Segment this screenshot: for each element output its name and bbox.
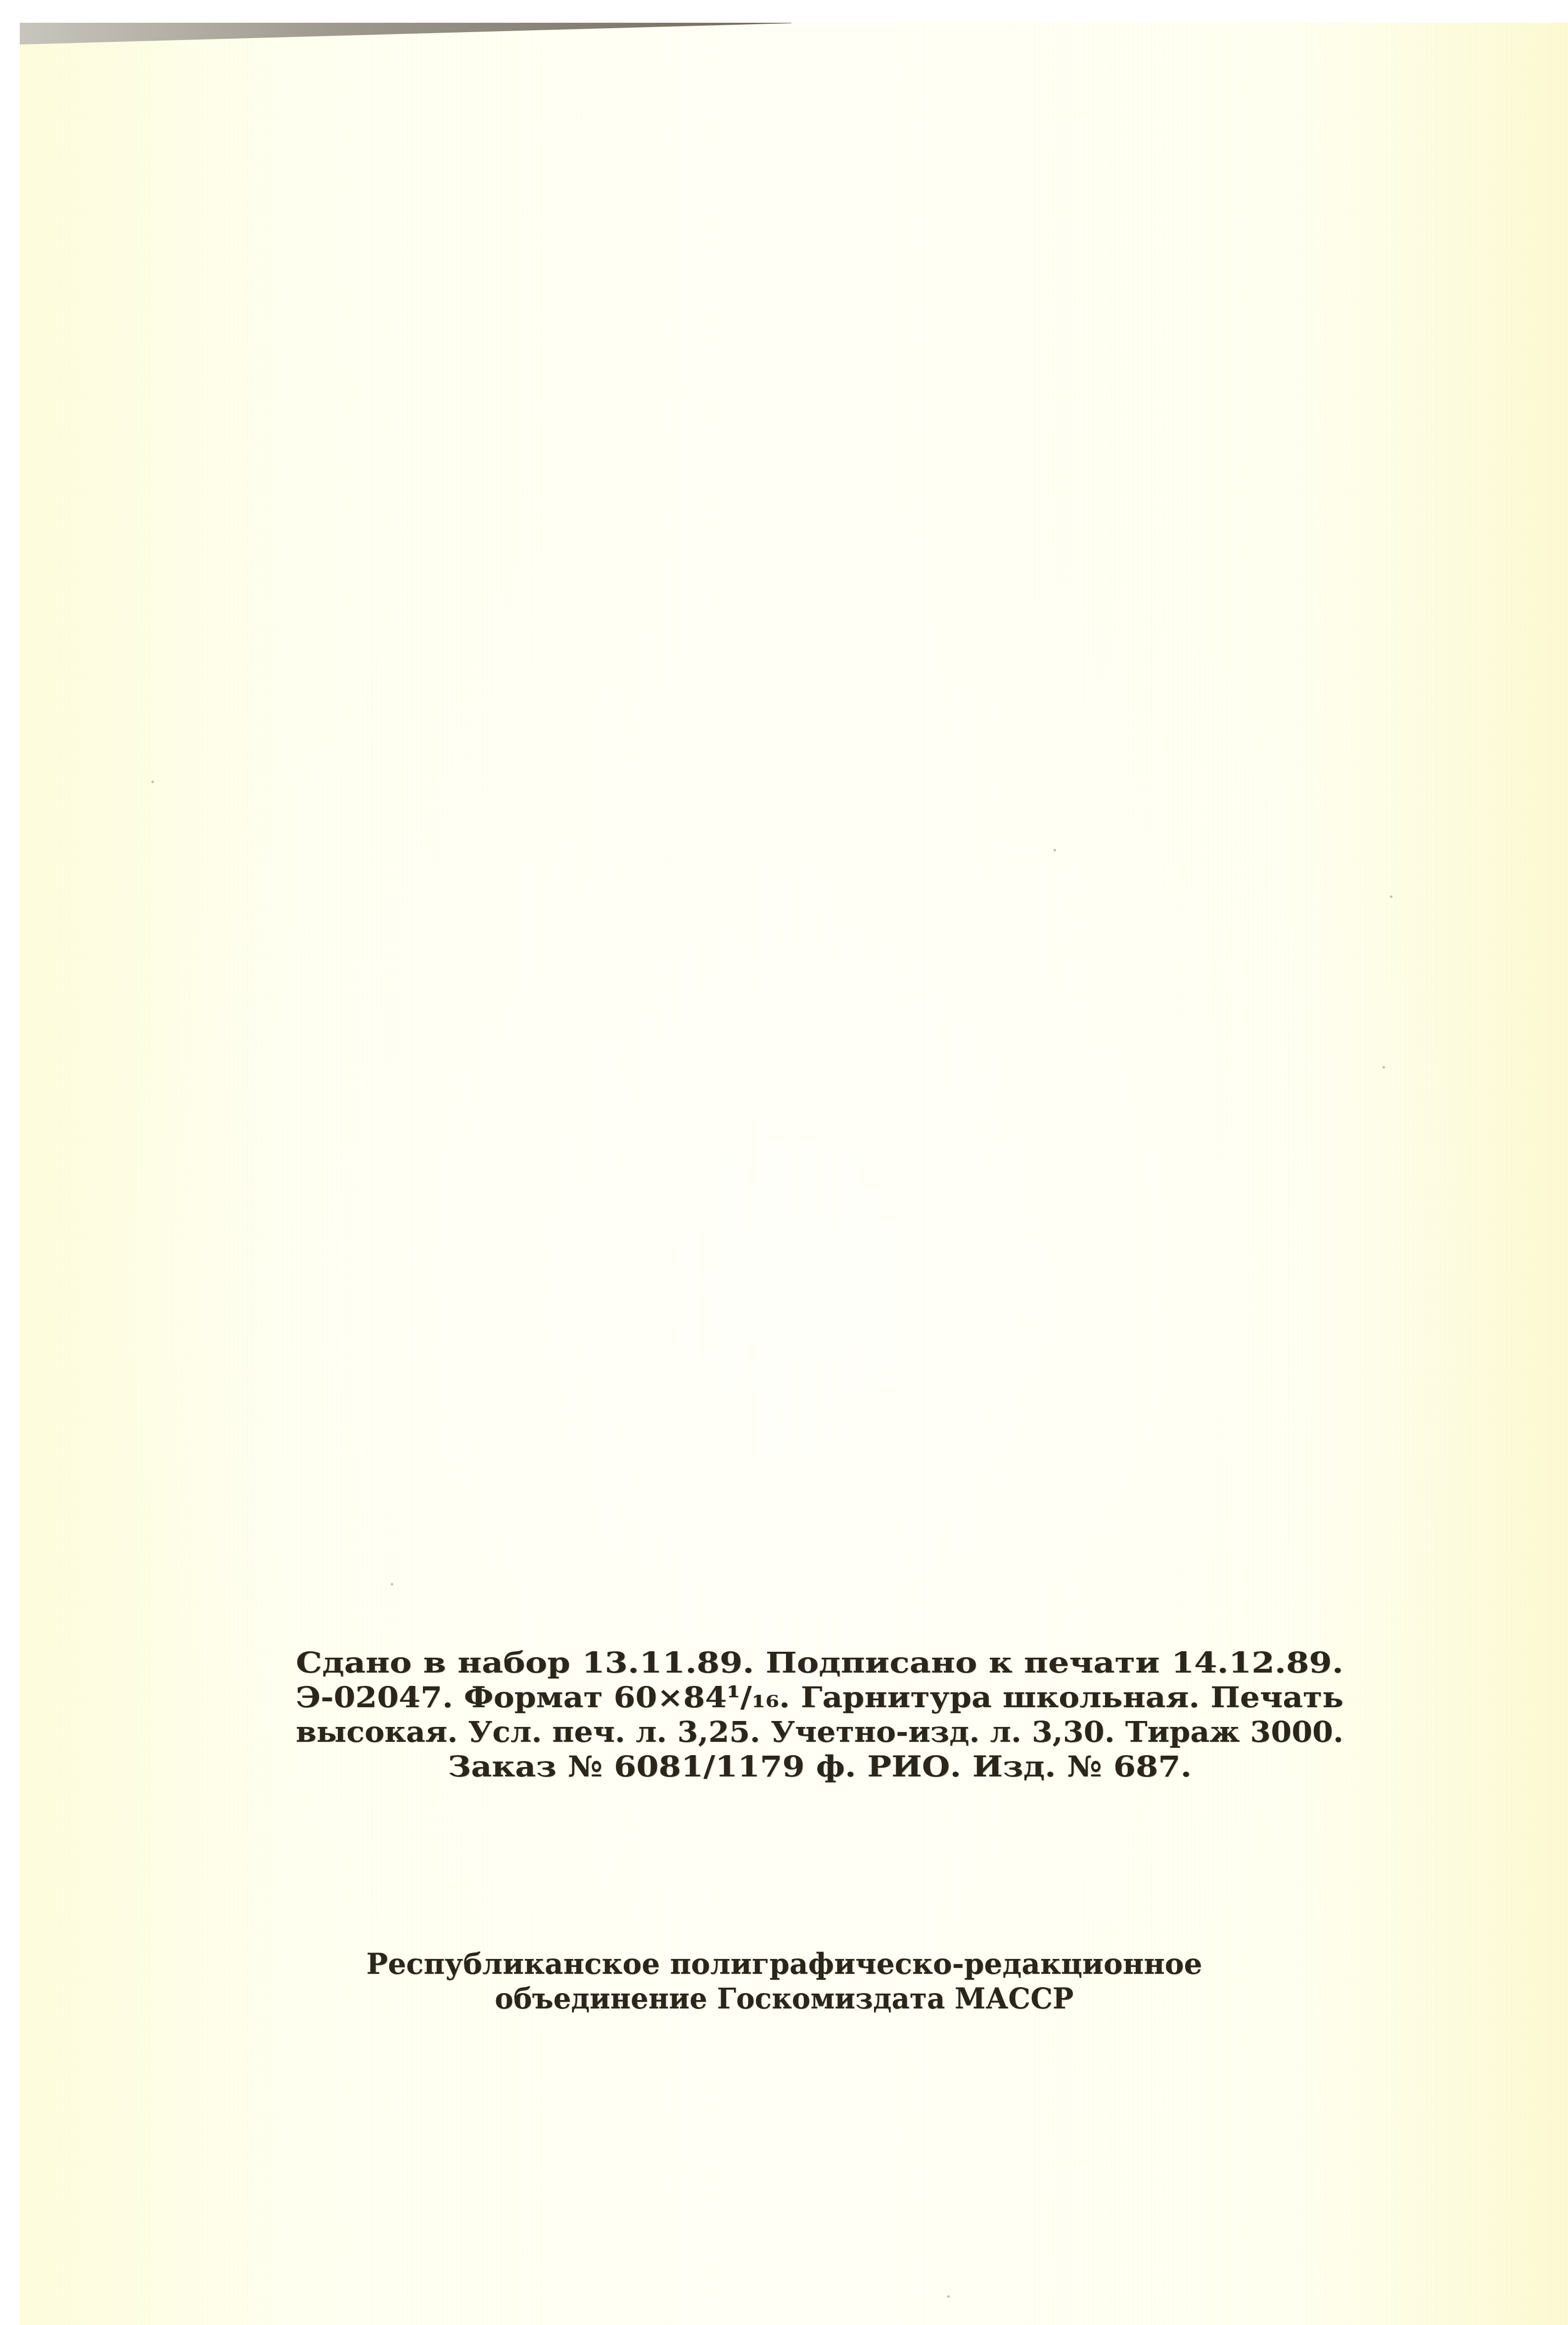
paper-speck xyxy=(1383,1066,1385,1069)
publisher-block: Республиканское полиграфическо-редакцион… xyxy=(0,1947,1568,2016)
imprint-line-1: Сдано в набор 13.11.89. Подписано к печа… xyxy=(296,1645,1343,1680)
imprint-text: Э-02047. Формат 60×84¹/₁₆. Гарнитура шко… xyxy=(296,1680,1343,1715)
imprint-block: Сдано в набор 13.11.89. Подписано к печа… xyxy=(296,1645,1343,1784)
publisher-text: Республиканское полиграфическо-редакцион… xyxy=(366,1947,1202,1981)
publisher-line-1: Республиканское полиграфическо-редакцион… xyxy=(0,1947,1568,1981)
imprint-line-2: Э-02047. Формат 60×84¹/₁₆. Гарнитура шко… xyxy=(296,1680,1343,1715)
paper-speck xyxy=(1054,849,1056,851)
imprint-line-4: Заказ № 6081/1179 ф. РИО. Изд. № 687. xyxy=(296,1749,1343,1784)
scanned-page: Сдано в набор 13.11.89. Подписано к печа… xyxy=(0,0,1568,2325)
publisher-line-2: объединение Госкомиздата МАССР xyxy=(0,1981,1568,2016)
paper-speck xyxy=(151,781,154,783)
publisher-text: объединение Госкомиздата МАССР xyxy=(495,1981,1073,2016)
paper-speck xyxy=(391,1583,393,1585)
imprint-text: Сдано в набор 13.11.89. Подписано к печа… xyxy=(296,1645,1343,1680)
paper-speck xyxy=(947,2295,950,2298)
paper-speck xyxy=(1390,895,1392,898)
imprint-text: Заказ № 6081/1179 ф. РИО. Изд. № 687. xyxy=(448,1749,1192,1784)
imprint-text: высокая. Усл. печ. л. 3,25. Учетно-изд. … xyxy=(296,1715,1343,1749)
imprint-line-3: высокая. Усл. печ. л. 3,25. Учетно-изд. … xyxy=(296,1715,1343,1749)
